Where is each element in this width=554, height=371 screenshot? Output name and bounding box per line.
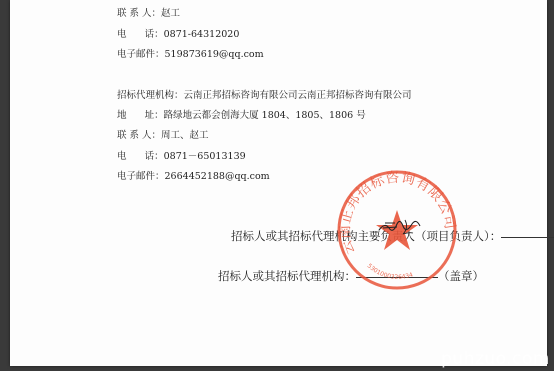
email-value: 519873619@qq.com: [165, 49, 264, 60]
tenderer-email-line: 电子邮件：519873619@qq.com: [117, 46, 264, 60]
agency-email-label: 电子邮件：: [117, 168, 165, 182]
contact-value: 赵工: [161, 5, 180, 19]
agency-phone-value: 0871－65013139: [164, 148, 246, 162]
agency-email-value: 2664452188@qq.com: [165, 171, 270, 182]
signature-underline: [501, 236, 554, 238]
agency-contact-line: 联 系 人：周工、赵工: [117, 127, 209, 141]
svg-text:5301000326434: 5301000326434: [366, 262, 414, 280]
agency-contact-label: 联 系 人：: [117, 127, 161, 141]
agency-phone-label: 电 话：: [117, 148, 164, 162]
watermark-text: puhzuo.com: [441, 349, 550, 369]
tenderer-phone-line: 电 话：0871-64312020: [117, 26, 239, 40]
agency-name-value: 云南正邦招标咨询有限公司云南正邦招标咨询有限公司: [184, 87, 412, 101]
company-seal-icon: 云南正邦招标咨询有限公司 5301000326434: [335, 168, 459, 292]
agency-email-line: 电子邮件：2664452188@qq.com: [117, 168, 270, 182]
agency-phone-line: 电 话：0871－65013139: [117, 148, 246, 162]
agency-name-line: 招标代理机构：云南正邦招标咨询有限公司云南正邦招标咨询有限公司: [117, 87, 412, 101]
agency-contact-value: 周工、赵工: [161, 127, 209, 141]
tenderer-contact-line: 联 系 人：赵工: [117, 5, 180, 19]
address-value: 路绿地云都会创海大厦 1804、1805、1806 号: [164, 107, 366, 121]
agency-name-label: 招标代理机构：: [117, 87, 184, 101]
phone-label: 电 话：: [117, 26, 164, 40]
phone-value: 0871-64312020: [164, 29, 240, 40]
email-label: 电子邮件：: [117, 46, 165, 60]
address-label: 地 址：: [117, 107, 164, 121]
agency-address-line: 地 址：路绿地云都会创海大厦 1804、1805、1806 号: [117, 107, 366, 121]
document-page: 联 系 人：赵工 电 话：0871-64312020 电子邮件：51987361…: [10, 0, 547, 366]
contact-label: 联 系 人：: [117, 5, 161, 19]
